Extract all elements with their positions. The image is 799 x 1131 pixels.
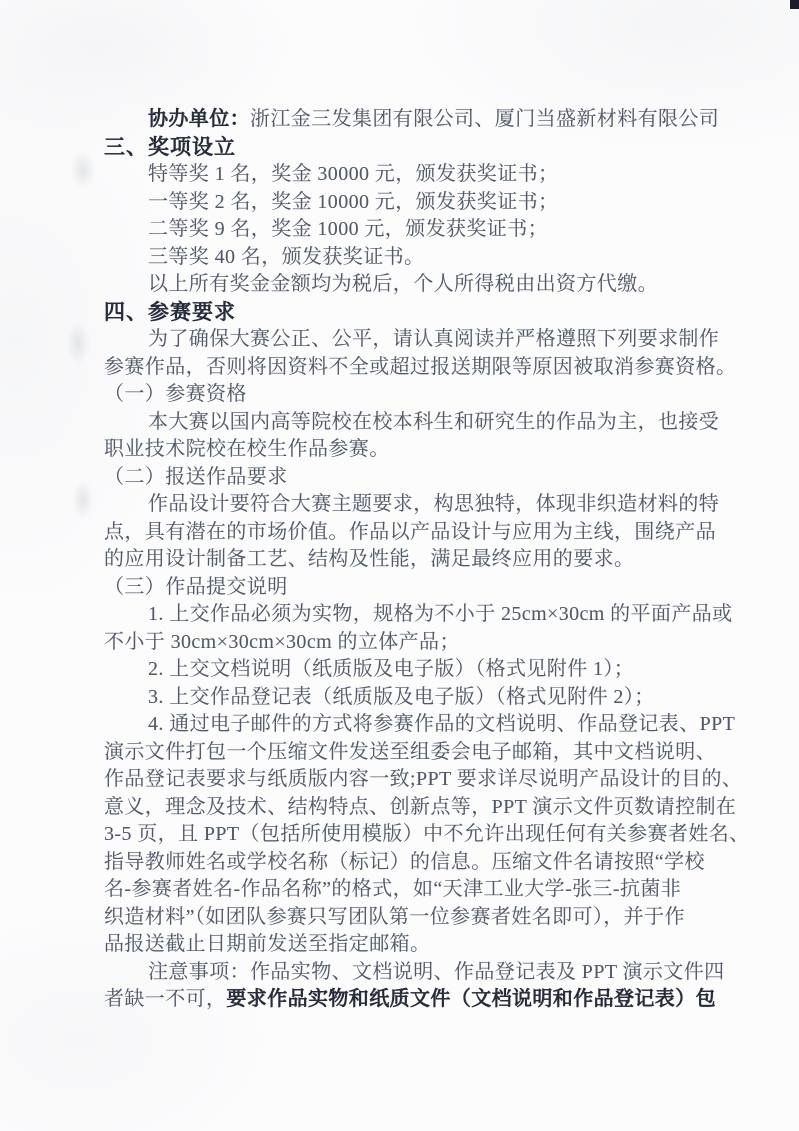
section-heading: 三、奖项设立 [104,134,720,162]
text-segment: 以上所有奖金金额均为税后，个人所得税由出资方代缴。 [148,273,658,295]
text-segment: 2. 上交文档说明（纸质版及电子版）（格式见附件 1）； [148,658,634,680]
text-segment: 指导教师姓名或学校名称（标记）的信息。压缩文件名请按照“学校 [104,851,705,873]
scanner-corner-mark [790,0,799,9]
text-segment: 点，具有潜在的市场价值。作品以产品设计与应用为主线，围绕产品 [104,521,716,543]
text-segment: 浙江金三发集团有限公司、厦门当盛新材料有限公司 [250,108,719,130]
text-segment: 作品设计要符合大赛主题要求，构思独特，体现非织造材料的特 [148,493,719,515]
text-segment: （三）作品提交说明 [104,576,288,598]
text-line: 协办单位：浙江金三发集团有限公司、厦门当盛新材料有限公司 [104,106,720,134]
text-line: 织造材料”（如团队参赛只写团队第一位参赛者姓名即可），并于作 [104,904,720,932]
text-line: 者缺一不可，要求作品实物和纸质文件（文档说明和作品登记表）包 [104,986,720,1014]
text-segment: （二）报送作品要求 [104,466,288,488]
text-segment: 注意事项：作品实物、文档说明、作品登记表及 PPT 演示文件四 [148,961,725,983]
text-line: 本大赛以国内高等院校在校本科生和研究生的作品为主，也接受 [104,409,720,437]
text-line: 2. 上交文档说明（纸质版及电子版）（格式见附件 1）； [104,656,720,684]
text-segment: 二等奖 9 名，奖金 1000 元，颁发获奖证书； [148,218,548,240]
text-line: 演示文件打包一个压缩文件发送至组委会电子邮箱，其中文档说明、 [104,739,720,767]
text-line: 意义，理念及技术、结构特点、创新点等，PPT 演示文件页数请控制在 [104,794,720,822]
text-segment: 3. 上交作品登记表（纸质版及电子版）（格式见附件 2）； [148,686,655,708]
scan-smudge [70,150,96,190]
bold-text-segment: 四、参赛要求 [104,300,236,324]
text-segment: 本大赛以国内高等院校在校本科生和研究生的作品为主，也接受 [148,411,719,433]
text-segment: 特等奖 1 名，奖金 30000 元，颁发获奖证书； [148,163,558,185]
text-line: （二）报送作品要求 [104,464,720,492]
text-segment: 4. 通过电子邮件的方式将参赛作品的文档说明、作品登记表、PPT [148,713,735,735]
text-segment: 一等奖 2 名，奖金 10000 元，颁发获奖证书； [148,191,558,213]
text-segment: 的应用设计制备工艺、结构及性能，满足最终应用的要求。 [104,548,634,570]
text-line: 参赛作品，否则将因资料不全或超过报送期限等原因被取消参赛资格。 [104,354,720,382]
text-line: 3. 上交作品登记表（纸质版及电子版）（格式见附件 2）； [104,684,720,712]
scanned-page: { "page": { "background_color": "#fcfcfd… [0,0,799,1131]
scan-smudge [72,480,94,520]
text-line: 名-参赛者姓名-作品名称”的格式，如“天津工业大学-张三-抗菌非 [104,876,720,904]
bold-text-segment: 三、奖项设立 [104,135,236,159]
bold-text-segment: 协办单位： [148,108,250,130]
text-segment: 演示文件打包一个压缩文件发送至组委会电子邮箱，其中文档说明、 [104,741,716,763]
text-segment: 意义，理念及技术、结构特点、创新点等，PPT 演示文件页数请控制在 [104,796,736,818]
text-line: 特等奖 1 名，奖金 30000 元，颁发获奖证书； [104,161,720,189]
text-segment: 3-5 页，且 PPT（包括所使用模版）中不允许出现任何有关参赛者姓名、 [104,823,750,845]
text-segment: 品报送截止日期前发送至指定邮箱。 [104,933,430,955]
text-segment: 织造材料”（如团队参赛只写团队第一位参赛者姓名即可），并于作 [104,906,685,928]
document-body: 协办单位：浙江金三发集团有限公司、厦门当盛新材料有限公司三、奖项设立特等奖 1 … [104,106,720,1014]
text-segment: 者缺一不可， [104,988,226,1010]
text-line: 点，具有潜在的市场价值。作品以产品设计与应用为主线，围绕产品 [104,519,720,547]
text-line: 作品登记表要求与纸质版内容一致;PPT 要求详尽说明产品设计的目的、 [104,766,720,794]
text-segment: 参赛作品，否则将因资料不全或超过报送期限等原因被取消参赛资格。 [104,356,736,378]
text-line: 以上所有奖金金额均为税后，个人所得税由出资方代缴。 [104,271,720,299]
text-segment: 职业技术院校在校生作品参赛。 [104,438,390,460]
text-segment: 为了确保大赛公正、公平，请认真阅读并严格遵照下列要求制作 [148,328,719,350]
section-heading: 四、参赛要求 [104,299,720,327]
text-line: 指导教师姓名或学校名称（标记）的信息。压缩文件名请按照“学校 [104,849,720,877]
text-segment: 不小于 30cm×30cm×30cm 的立体产品； [104,631,460,653]
text-line: 品报送截止日期前发送至指定邮箱。 [104,931,720,959]
bold-text-segment: 要求作品实物和纸质文件（文档说明和作品登记表）包 [226,988,716,1010]
text-line: 三等奖 40 名，颁发获奖证书。 [104,244,720,272]
text-line: 注意事项：作品实物、文档说明、作品登记表及 PPT 演示文件四 [104,959,720,987]
text-line: 一等奖 2 名，奖金 10000 元，颁发获奖证书； [104,189,720,217]
scan-smudge [66,320,90,366]
text-segment: （一）参赛资格 [104,383,247,405]
text-segment: 三等奖 40 名，颁发获奖证书。 [148,246,424,268]
text-line: 二等奖 9 名，奖金 1000 元，颁发获奖证书； [104,216,720,244]
text-line: 为了确保大赛公正、公平，请认真阅读并严格遵照下列要求制作 [104,326,720,354]
text-line: 的应用设计制备工艺、结构及性能，满足最终应用的要求。 [104,546,720,574]
text-line: 职业技术院校在校生作品参赛。 [104,436,720,464]
text-line: （三）作品提交说明 [104,574,720,602]
text-segment: 作品登记表要求与纸质版内容一致;PPT 要求详尽说明产品设计的目的、 [104,768,742,790]
text-line: 不小于 30cm×30cm×30cm 的立体产品； [104,629,720,657]
text-line: 作品设计要符合大赛主题要求，构思独特，体现非织造材料的特 [104,491,720,519]
text-segment: 名-参赛者姓名-作品名称”的格式，如“天津工业大学-张三-抗菌非 [104,878,681,900]
text-segment: 1. 上交作品必须为实物，规格为不小于 25cm×30cm 的平面产品或 [148,603,733,625]
text-line: 4. 通过电子邮件的方式将参赛作品的文档说明、作品登记表、PPT [104,711,720,739]
text-line: 1. 上交作品必须为实物，规格为不小于 25cm×30cm 的平面产品或 [104,601,720,629]
text-line: （一）参赛资格 [104,381,720,409]
text-line: 3-5 页，且 PPT（包括所使用模版）中不允许出现任何有关参赛者姓名、 [104,821,720,849]
